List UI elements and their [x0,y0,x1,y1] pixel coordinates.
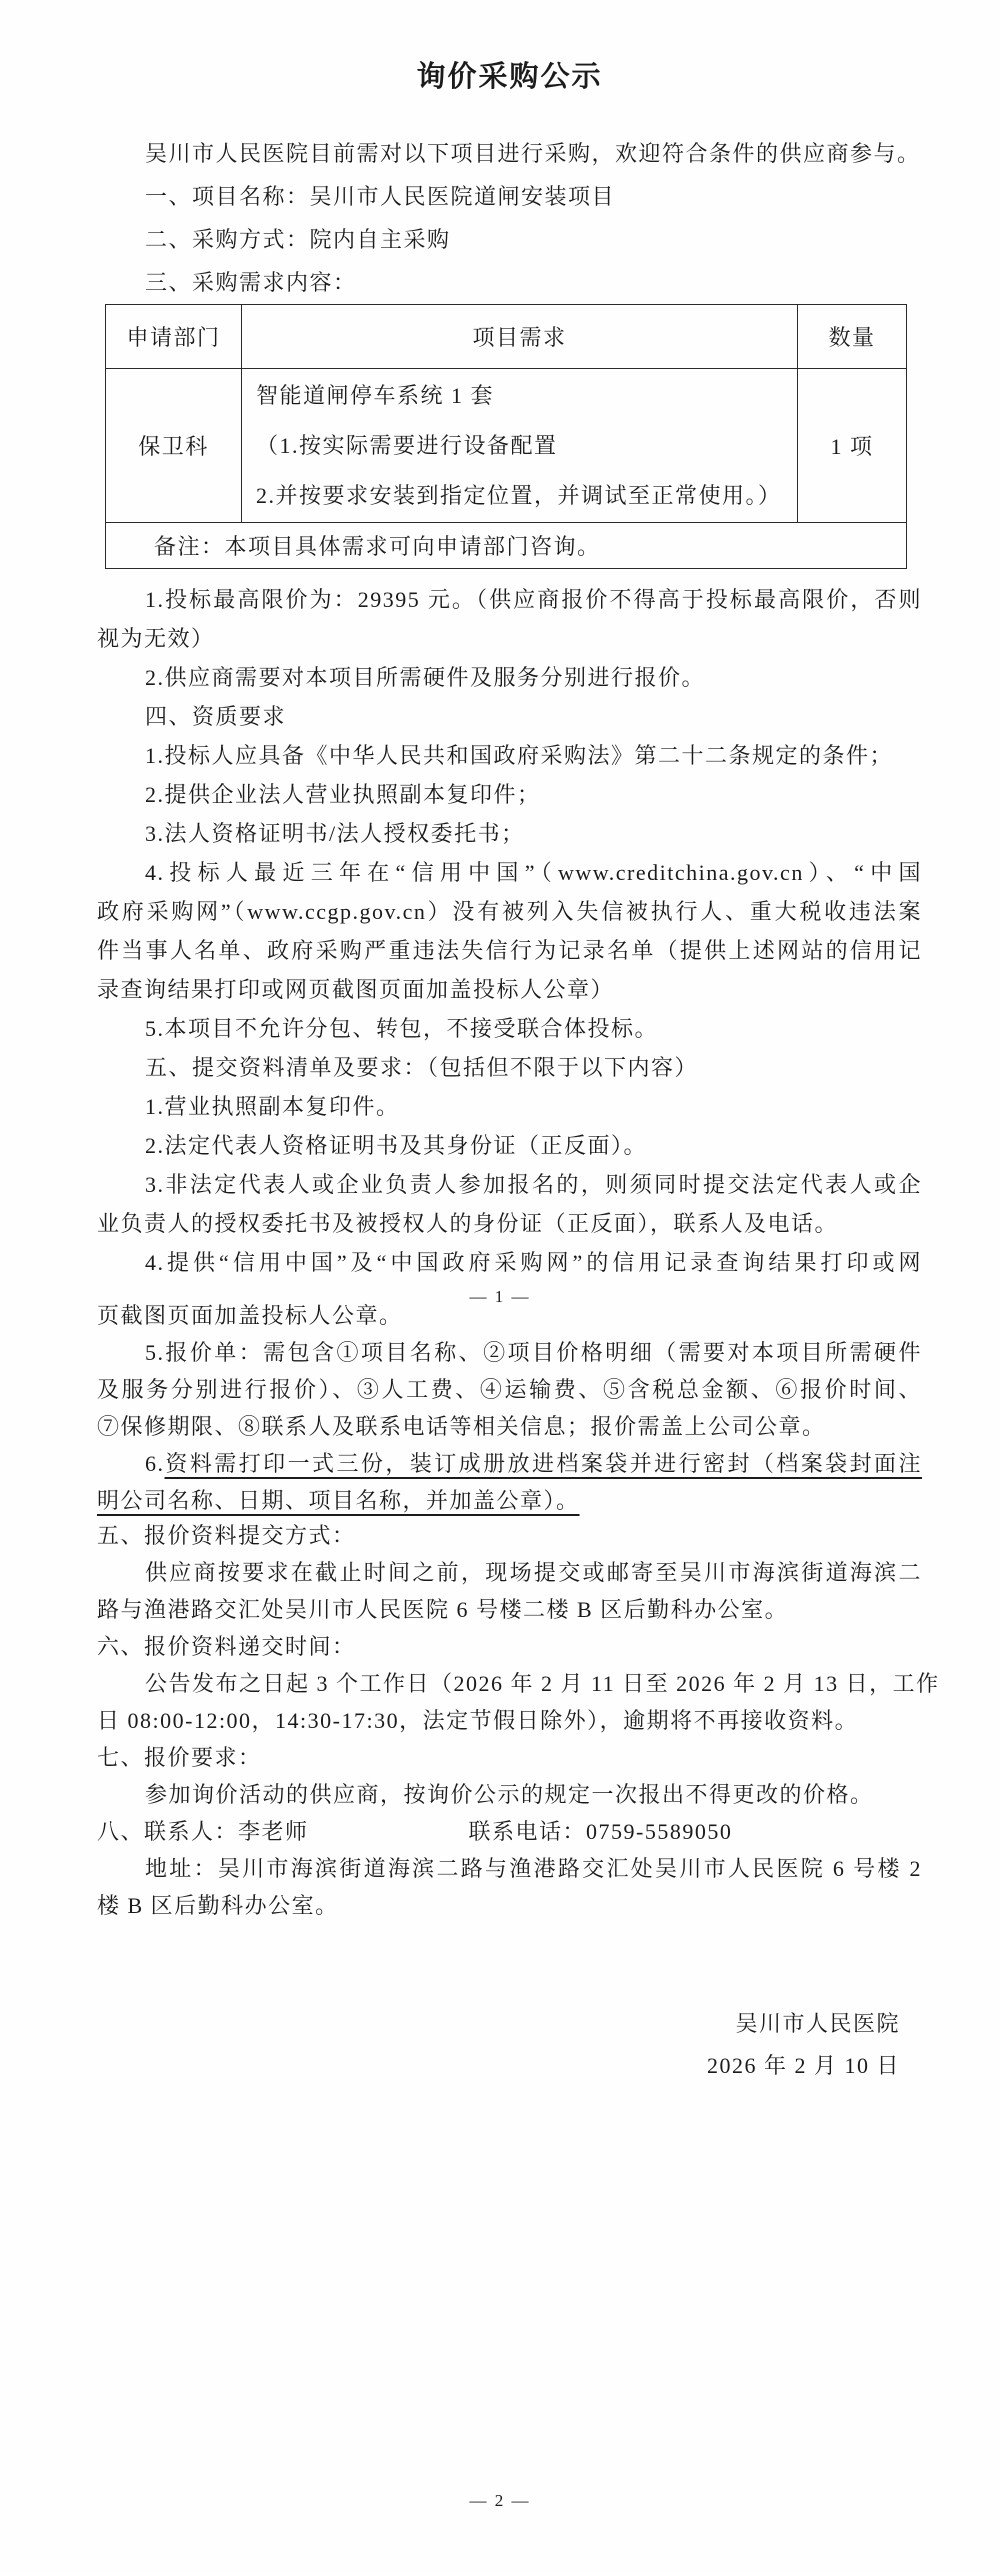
requirement-line-3: 2.并按要求安装到指定位置，并调试至正常使用。） [256,471,787,521]
material-5-line-2: 及服务分别进行报价）、③人工费、④运输费、⑤含税总金额、⑥报价时间、 [97,1371,922,1408]
contact-person: 八、联系人：李老师 [97,1819,309,1844]
deadline-line-2: 日 08:00-12:00，14:30-17:30，法定节假日除外），逾期将不再… [97,1702,922,1739]
deadline-heading: 六、报价资料递交时间： [97,1628,922,1665]
qualification-4-line-3: 件当事人名单、政府采购严重违法失信行为记录名单（提供上述网站的信用记 [97,931,922,970]
page-number-2: — 2 — [0,2486,1000,2516]
material-4-line-1: 4.提供“信用中国”及“中国政府采购网”的信用记录查询结果打印或网 [97,1243,922,1282]
material-3-line-1: 3.非法定代表人或企业负责人参加报名的，则须同时提交法定代表人或企 [97,1165,922,1204]
separate-quote-note: 2.供应商需要对本项目所需硬件及服务分别进行报价。 [97,658,922,697]
cell-requirement: 智能道闸停车系统 1 套 （1.按实际需要进行设备配置 2.并按要求安装到指定位… [242,369,798,523]
header-requirement: 项目需求 [242,305,798,369]
document-content: 询价采购公示 吴川市人民医院目前需对以下项目进行采购，欢迎符合条件的供应商参与。… [0,0,1000,2085]
contact-address-line-1: 地址：吴川市海滨街道海滨二路与渔港路交汇处吴川市人民医院 6 号楼 2 [97,1850,922,1887]
qualification-4-line-1: 4.投标人最近三年在“信用中国”（www.creditchina.gov.cn）… [97,853,922,892]
qualification-1: 1.投标人应具备《中华人民共和国政府采购法》第二十二条规定的条件； [97,736,922,775]
contact-address-line-2: 楼 B 区后勤科办公室。 [97,1887,922,1924]
cell-department: 保卫科 [106,369,242,523]
submission-heading: 五、报价资料提交方式： [97,1517,922,1554]
intro-paragraph: 吴川市人民医院目前需对以下项目进行采购，欢迎符合条件的供应商参与。 [97,132,922,175]
qualification-4-line-2: 政府采购网”（www.ccgp.gov.cn）没有被列入失信被执行人、重大税收违… [97,892,922,931]
qualification-4-line-4: 录查询结果打印或网页截图页面加盖投标人公章） [97,970,922,1009]
qualification-2: 2.提供企业法人营业执照副本复印件； [97,775,922,814]
qualification-5: 5.本项目不允许分包、转包，不接受联合体投标。 [97,1009,922,1048]
material-6-line-2: 明公司名称、日期、项目名称，并加盖公章）。 [97,1482,922,1519]
quote-rules-line: 参加询价活动的供应商，按询价公示的规定一次报出不得更改的价格。 [97,1776,922,1813]
max-price-line-2: 视为无效） [97,619,922,658]
requirement-line-1: 智能道闸停车系统 1 套 [256,371,787,421]
material-6-number: 6. [145,1451,165,1476]
material-5-line-3: ⑦保修期限、⑧联系人及联系电话等相关信息；报价需盖上公司公章。 [97,1408,922,1445]
material-5-line-1: 5.报价单：需包含①项目名称、②项目价格明细（需要对本项目所需硬件 [97,1334,922,1371]
signature-organization: 吴川市人民医院 [97,2005,922,2043]
contact-phone: 联系电话：0759-5589050 [469,1819,733,1844]
section-requirement-heading: 三、采购需求内容： [97,261,922,304]
submission-line-2: 路与渔港路交汇处吴川市人民医院 6 号楼二楼 B 区后勤科办公室。 [97,1591,922,1628]
max-price-line-1: 1.投标最高限价为：29395 元。（供应商报价不得高于投标最高限价，否则 [97,580,922,619]
section-procurement-method: 二、采购方式：院内自主采购 [97,218,922,261]
material-1: 1.营业执照副本复印件。 [97,1087,922,1126]
submission-line-1: 供应商按要求在截止时间之前，现场提交或邮寄至吴川市海滨街道海滨二 [97,1554,922,1591]
qualification-3: 3.法人资格证明书/法人授权委托书； [97,814,922,853]
material-6-line-1: 6.资料需打印一式三份，装订成册放进档案袋并进行密封（档案袋封面注 [97,1445,922,1482]
material-3-line-2: 业负责人的授权委托书及被授权人的身份证（正反面），联系人及电话。 [97,1204,922,1243]
table-note-row: 备注：本项目具体需求可向申请部门咨询。 [106,523,907,569]
doc-title: 询价采购公示 [97,55,922,99]
material-6-underlined-2: 明公司名称、日期、项目名称，并加盖公章）。 [97,1488,580,1513]
quote-rules-heading: 七、报价要求： [97,1739,922,1776]
cell-quantity: 1 项 [798,369,907,523]
header-department: 申请部门 [106,305,242,369]
material-2: 2.法定代表人资格证明书及其身份证（正反面）。 [97,1126,922,1165]
table-data-row: 保卫科 智能道闸停车系统 1 套 （1.按实际需要进行设备配置 2.并按要求安装… [106,369,907,523]
material-6-underlined-1: 资料需打印一式三份，装订成册放进档案袋并进行密封（档案袋封面注 [165,1451,923,1476]
contact-line: 八、联系人：李老师联系电话：0759-5589050 [97,1813,922,1850]
section-project-name: 一、项目名称：吴川市人民医院道闸安装项目 [97,175,922,218]
document-page: 询价采购公示 吴川市人民医院目前需对以下项目进行采购，欢迎符合条件的供应商参与。… [0,0,1000,2572]
requirement-table: 申请部门 项目需求 数量 保卫科 智能道闸停车系统 1 套 （1.按实际需要进行… [105,304,907,569]
qualification-heading: 四、资质要求 [97,697,922,736]
requirement-line-2: （1.按实际需要进行设备配置 [256,421,787,471]
header-quantity: 数量 [798,305,907,369]
materials-heading: 五、提交资料清单及要求：（包括但不限于以下内容） [97,1048,922,1087]
deadline-line-1: 公告发布之日起 3 个工作日（2026 年 2 月 11 日至 2026 年 2… [97,1665,922,1702]
table-header-row: 申请部门 项目需求 数量 [106,305,907,369]
signature-date: 2026 年 2 月 10 日 [97,2047,922,2085]
table-note: 备注：本项目具体需求可向申请部门咨询。 [106,523,907,569]
